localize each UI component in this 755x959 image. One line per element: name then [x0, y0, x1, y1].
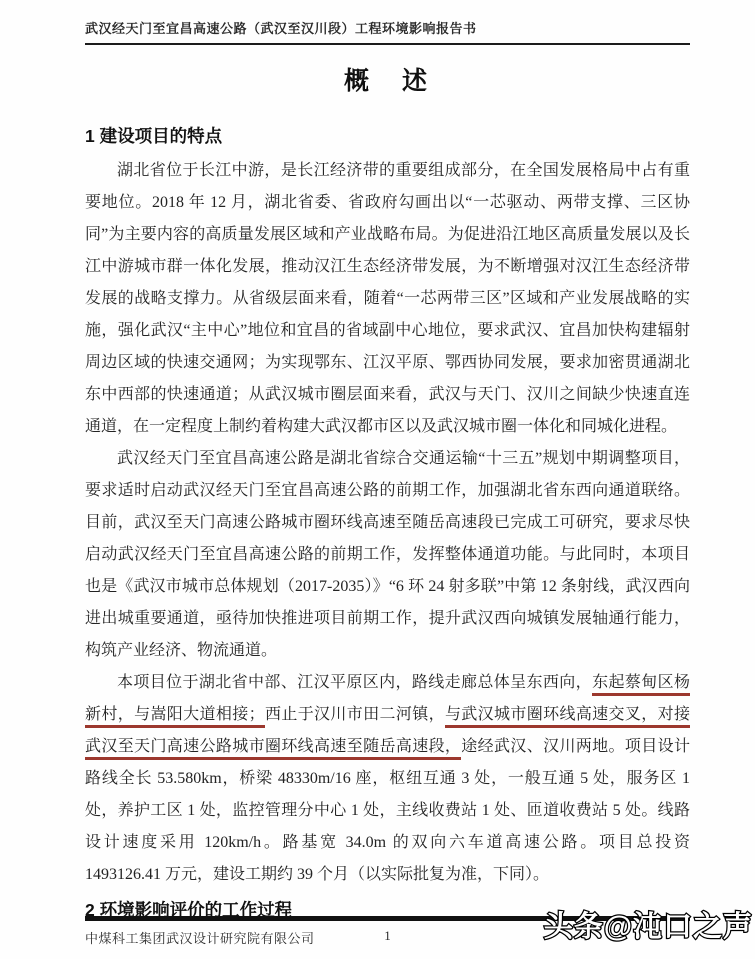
running-header-text: 武汉经天门至宜昌高速公路（武汉至汉川段）工程环境影响报告书 — [85, 21, 477, 36]
paragraph-2: 武汉经天门至宜昌高速公路是湖北省综合交通运输“十三五”规划中期调整项目，要求适时… — [85, 443, 690, 667]
paragraph-3: 本项目位于湖北省中部、江汉平原区内，路线走廊总体呈东西向，东起蔡甸区杨新村，与嵩… — [85, 667, 690, 891]
section-1-heading: 1 建设项目的特点 — [85, 123, 690, 148]
document-page: 武汉经天门至宜昌高速公路（武汉至汉川段）工程环境影响报告书 概 述 1 建设项目… — [0, 0, 755, 959]
page-title: 概 述 — [85, 61, 690, 97]
paragraph-3-segment-plain: 本项目位于湖北省中部、江汉平原区内，路线走廊总体呈东西向， — [117, 674, 592, 691]
paragraph-1: 湖北省位于长江中游，是长江经济带的重要组成部分，在全国发展格局中占有重要地位。2… — [85, 155, 690, 443]
paragraph-3-segment-plain: 西止于汉川市田二河镇， — [265, 706, 445, 723]
running-header: 武汉经天门至宜昌高速公路（武汉至汉川段）工程环境影响报告书 — [85, 18, 690, 45]
watermark-text: 头条@沌口之声 — [544, 904, 753, 945]
